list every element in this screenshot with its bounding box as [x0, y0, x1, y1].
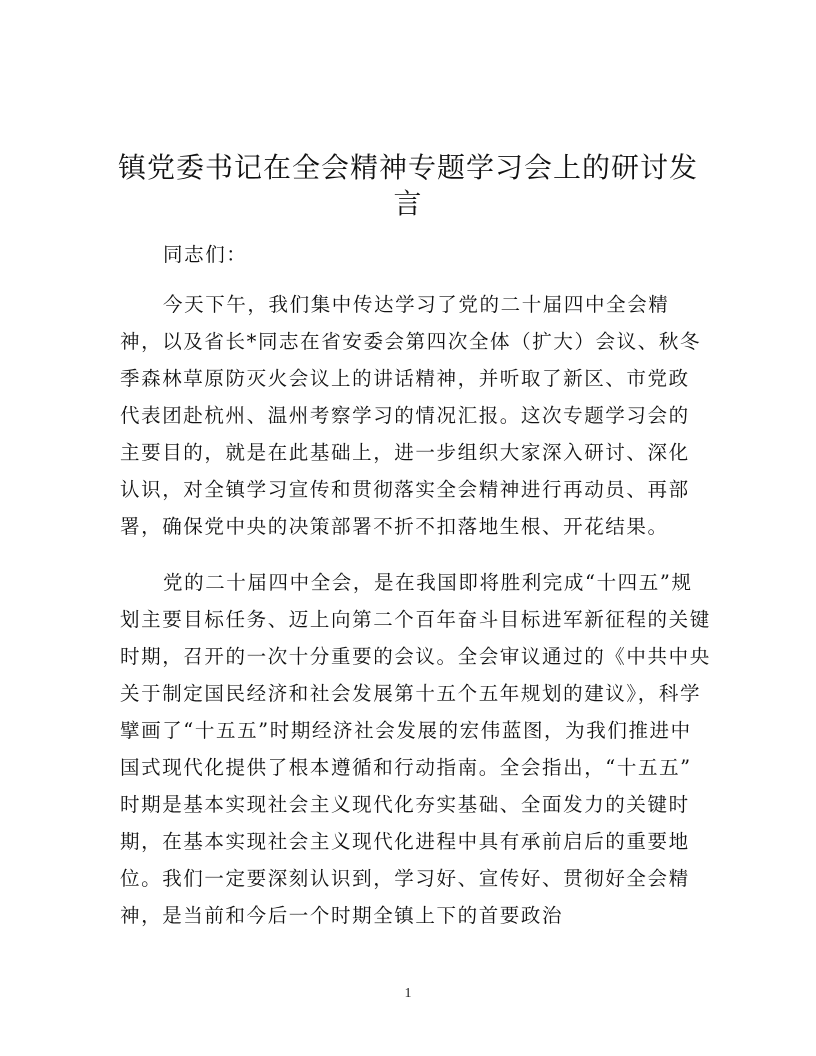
paragraph-line: 党的二十届四中全会，是在我国即将胜利完成“十四五”规 [120, 564, 698, 601]
salutation: 同志们： [120, 236, 698, 273]
paragraph-line: 主要目的，就是在此基础上，进一步组织大家深入研讨、深化 [120, 434, 698, 471]
paragraph-line: 今天下午，我们集中传达学习了党的二十届四中全会精 [120, 286, 698, 323]
title-line-1: 镇党委书记在全会精神专题学习会上的研讨发 [108, 150, 708, 186]
paragraph-1: 今天下午，我们集中传达学习了党的二十届四中全会精 神，以及省长*同志在省安委会第… [120, 286, 698, 545]
paragraph-line: 时期是基本实现社会主义现代化夯实基础、全面发力的关键时 [120, 786, 698, 823]
paragraph-line: 划主要目标任务、迈上向第二个百年奋斗目标进军新征程的关键 [120, 601, 698, 638]
document-title: 镇党委书记在全会精神专题学习会上的研讨发 言 [108, 150, 708, 222]
paragraph-line: 认识，对全镇学习宣传和贯彻落实全会精神进行再动员、再部 [120, 471, 698, 508]
document-page: 镇党委书记在全会精神专题学习会上的研讨发 言 同志们： 今天下午，我们集中传达学… [0, 0, 816, 1056]
paragraph-line: 季森林草原防灭火会议上的讲话精神，并听取了新区、市党政 [120, 360, 698, 397]
paragraph-line: 神，以及省长*同志在省安委会第四次全体（扩大）会议、秋冬 [120, 323, 698, 360]
paragraph-line: 署，确保党中央的决策部署不折不扣落地生根、开花结果。 [120, 508, 698, 545]
paragraph-line: 关于制定国民经济和社会发展第十五个五年规划的建议》，科学 [120, 675, 698, 712]
paragraph-line: 神，是当前和今后一个时期全镇上下的首要政治 [120, 897, 698, 934]
paragraph-line: 时期，召开的一次十分重要的会议。全会审议通过的《中共中央 [120, 638, 698, 675]
page-number: 1 [0, 986, 816, 1002]
paragraph-line: 期，在基本实现社会主义现代化进程中具有承前启后的重要地 [120, 823, 698, 860]
paragraph-line: 位。我们一定要深刻认识到，学习好、宣传好、贯彻好全会精 [120, 860, 698, 897]
title-line-2: 言 [108, 186, 708, 222]
paragraph-2: 党的二十届四中全会，是在我国即将胜利完成“十四五”规 划主要目标任务、迈上向第二… [120, 564, 698, 934]
paragraph-line: 擘画了“十五五”时期经济社会发展的宏伟蓝图，为我们推进中 [120, 712, 698, 749]
paragraph-line: 代表团赴杭州、温州考察学习的情况汇报。这次专题学习会的 [120, 397, 698, 434]
paragraph-line: 国式现代化提供了根本遵循和行动指南。全会指出，“十五五” [120, 749, 698, 786]
